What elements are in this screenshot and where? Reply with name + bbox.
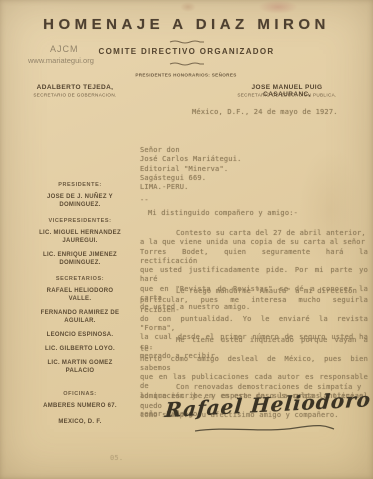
paper-stain (180, 2, 196, 12)
sidebar-heading: PRESIDENTE: (24, 182, 136, 188)
honorary-left-name: ADALBERTO TEJEDA, (15, 84, 135, 91)
sidebar-member: MEXICO, D. F. (36, 418, 124, 426)
honorary-left-role: SECRETARIO DE GOBERNACION. (12, 93, 137, 98)
ornament-rule-icon (169, 39, 205, 45)
sidebar-member: LIC. GILBERTO LOYO. (36, 345, 124, 353)
page-mark: 05. (110, 454, 123, 463)
sidebar-member: FERNANDO RAMIREZ DE AGUILAR. (36, 309, 124, 325)
sidebar-heading: OFICINAS: (24, 391, 136, 397)
stamp-url: www.mariategui.org (28, 56, 94, 65)
archive-stamp: AJCM www.mariategui.org (28, 44, 94, 65)
sidebar-section-secretarios: SECRETARIOS: RAFAEL HELIODORO VALLE. FER… (24, 276, 136, 375)
paper-stain (258, 0, 298, 14)
sidebar-section-vicepresidentes: VICEPRESIDENTES: LIC. MIGUEL HERNANDEZ J… (24, 218, 136, 267)
sidebar-heading: SECRETARIOS: (24, 276, 136, 282)
honorary-presidents-line: PRESIDENTES HONORARIOS: SEÑORES (107, 73, 265, 78)
sidebar-section-presidente: PRESIDENTE: JOSE DE J. NUÑEZ Y DOMINGUEZ… (24, 182, 136, 209)
sidebar-member: RAFAEL HELIODORO VALLE. (36, 287, 124, 303)
honorary-right-block: JOSE MANUEL PUIG CASAURANC, SECRETARIO D… (227, 84, 347, 98)
letter-page: HOMENAJE A DIAZ MIRON COMITE DIRECTIVO O… (0, 0, 373, 479)
letterhead-title: HOMENAJE A DIAZ MIRON (0, 16, 373, 33)
sidebar-member: LIC. ENRIQUE JIMENEZ DOMINGUEZ. (36, 251, 124, 267)
honorary-right-role: SECRETARIO DE EDUCACION PUBLICA. (224, 93, 349, 98)
honorary-left-block: ADALBERTO TEJEDA, SECRETARIO DE GOBERNAC… (15, 84, 135, 91)
committee-sidebar: PRESIDENTE: JOSE DE J. NUÑEZ Y DOMINGUEZ… (24, 182, 136, 435)
sidebar-member: LEONCIO ESPINOSA. (36, 331, 124, 339)
stamp-acronym: AJCM (50, 44, 94, 54)
sidebar-heading: VICEPRESIDENTES: (24, 218, 136, 224)
sidebar-section-oficinas: OFICINAS: AMBERES NUMERO 67. MEXICO, D. … (24, 391, 136, 426)
sidebar-member: LIC. MARTIN GOMEZ PALACIO (36, 359, 124, 375)
recipient-block: Señor don José Carlos Mariátegui. Editor… (140, 146, 242, 192)
salutation: Mi distinguido compañero y amigo:- (148, 209, 298, 218)
sidebar-member: JOSE DE J. NUÑEZ Y DOMINGUEZ. (36, 193, 124, 209)
sidebar-member: AMBERES NUMERO 67. (36, 402, 124, 410)
dash-mark: -- (140, 196, 149, 205)
sidebar-member: LIC. MIGUEL HERNANDEZ JAUREGUI. (36, 229, 124, 245)
ornament-rule-icon (169, 61, 205, 67)
dateline: México, D.F., 24 de mayo de 1927. (192, 108, 338, 117)
signature-flourish-icon (195, 424, 335, 434)
